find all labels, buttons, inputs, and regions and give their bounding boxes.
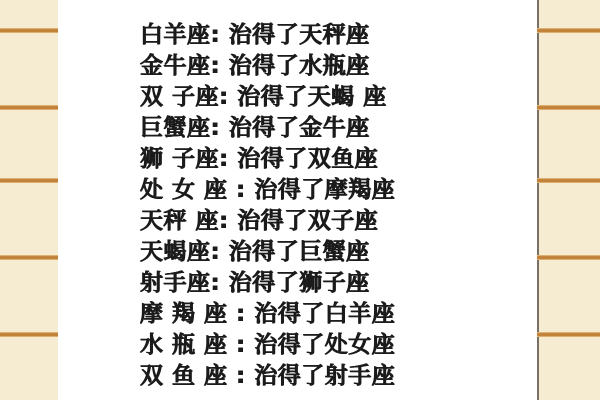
zodiac-image-page: 白羊座: 治得了天秤座金牛座: 治得了水瓶座双 子座: 治得了天蝎 座巨蟹座: … bbox=[0, 0, 600, 400]
zodiac-list: 白羊座: 治得了天秤座金牛座: 治得了水瓶座双 子座: 治得了天蝎 座巨蟹座: … bbox=[140, 20, 600, 392]
notebook-rule-line bbox=[0, 255, 58, 260]
zodiac-line: 射手座: 治得了狮子座 bbox=[140, 268, 600, 299]
zodiac-line: 狮 子座: 治得了双鱼座 bbox=[140, 144, 600, 175]
zodiac-line: 白羊座: 治得了天秤座 bbox=[140, 20, 600, 51]
zodiac-line: 巨蟹座: 治得了金牛座 bbox=[140, 113, 600, 144]
zodiac-line: 双 子座: 治得了天蝎 座 bbox=[140, 82, 600, 113]
zodiac-line: 水 瓶 座 : 治得了处女座 bbox=[140, 330, 600, 361]
notebook-rule-line bbox=[0, 332, 58, 337]
zodiac-line: 摩 羯 座 : 治得了白羊座 bbox=[140, 299, 600, 330]
zodiac-line: 天蝎座: 治得了巨蟹座 bbox=[140, 237, 600, 268]
zodiac-line: 天秤 座: 治得了双子座 bbox=[140, 206, 600, 237]
notebook-rule-line bbox=[0, 178, 58, 183]
notebook-rule-line bbox=[0, 105, 58, 110]
notebook-rule-line bbox=[0, 28, 58, 33]
zodiac-line: 双 鱼 座 : 治得了射手座 bbox=[140, 361, 600, 392]
zodiac-line: 金牛座: 治得了水瓶座 bbox=[140, 51, 600, 82]
zodiac-line: 处 女 座 : 治得了摩羯座 bbox=[140, 175, 600, 206]
notebook-margin-left bbox=[0, 0, 58, 400]
